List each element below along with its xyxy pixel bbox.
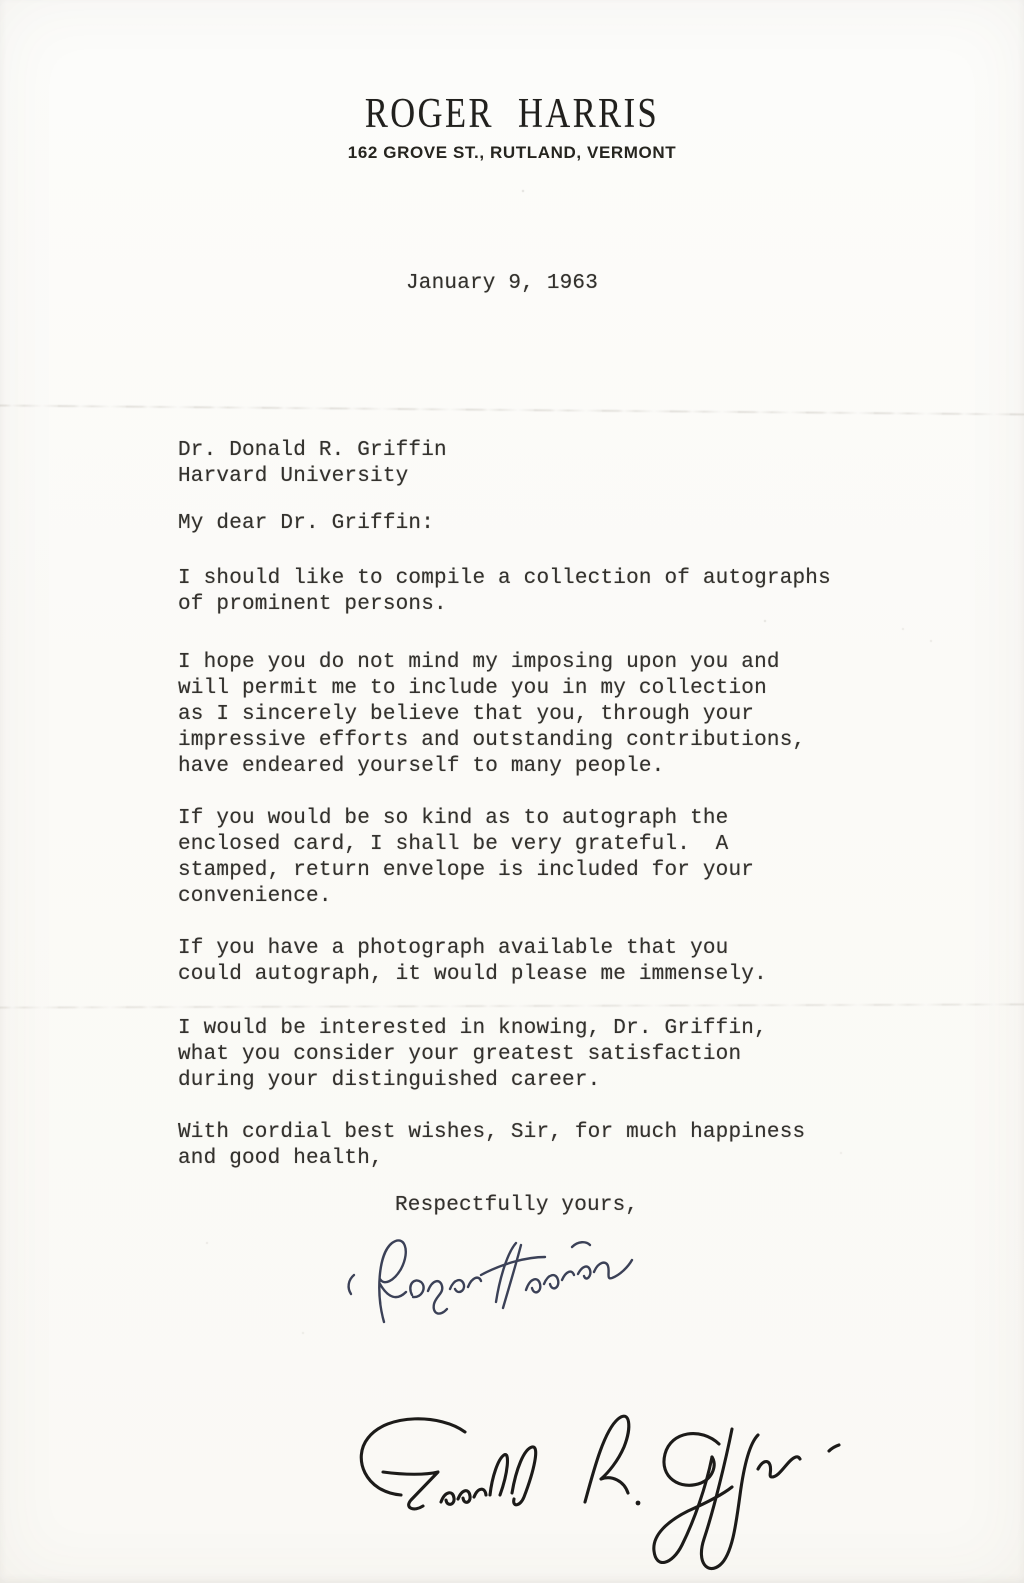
signature-stroke (349, 1275, 354, 1294)
signature-stroke (410, 1280, 423, 1297)
roger-harris-signature (338, 1230, 638, 1332)
salutation: My dear Dr. Griffin: (178, 511, 434, 537)
body-paragraph-3: If you would be so kind as to autograph … (178, 806, 754, 910)
signature-stroke (450, 1278, 481, 1292)
paper-fold-crease-lower (0, 1003, 1024, 1008)
signature-stroke (496, 1243, 521, 1308)
closing-line: Respectfully yours, (395, 1193, 638, 1219)
signature-stroke (526, 1260, 632, 1292)
body-paragraph-5: I would be interested in knowing, Dr. Gr… (178, 1016, 767, 1094)
signature-stroke (428, 1281, 447, 1313)
signature-stroke (585, 1416, 629, 1502)
body-paragraph-1: I should like to compile a collection of… (178, 566, 831, 618)
signature-stroke (383, 1472, 438, 1509)
signature-stroke (379, 1240, 406, 1322)
recipient-address: Dr. Donald R. Griffin Harvard University (178, 438, 447, 490)
body-paragraph-4: If you have a photograph available that … (178, 936, 767, 988)
letter-page: ROGER HARRIS 162 GROVE ST., RUTLAND, VER… (0, 0, 1024, 1583)
body-paragraph-2: I hope you do not mind my imposing upon … (178, 650, 805, 780)
paper-fold-crease-upper (0, 404, 1024, 415)
signature-stroke (701, 1429, 758, 1569)
donald-griffin-autograph (345, 1398, 845, 1576)
body-paragraph-6: With cordial best wishes, Sir, for much … (178, 1120, 805, 1172)
signature-stroke (441, 1447, 536, 1505)
signature-stroke (829, 1445, 839, 1451)
letterhead-address: 162 GROVE ST., RUTLAND, VERMONT (0, 143, 1024, 163)
signature-stroke (361, 1419, 465, 1495)
letterhead-name: ROGER HARRIS (92, 90, 932, 138)
signature-stroke (572, 1242, 590, 1247)
signature-stroke (758, 1457, 800, 1477)
date-line: January 9, 1963 (406, 271, 598, 297)
signature-period-dot (636, 1501, 641, 1506)
